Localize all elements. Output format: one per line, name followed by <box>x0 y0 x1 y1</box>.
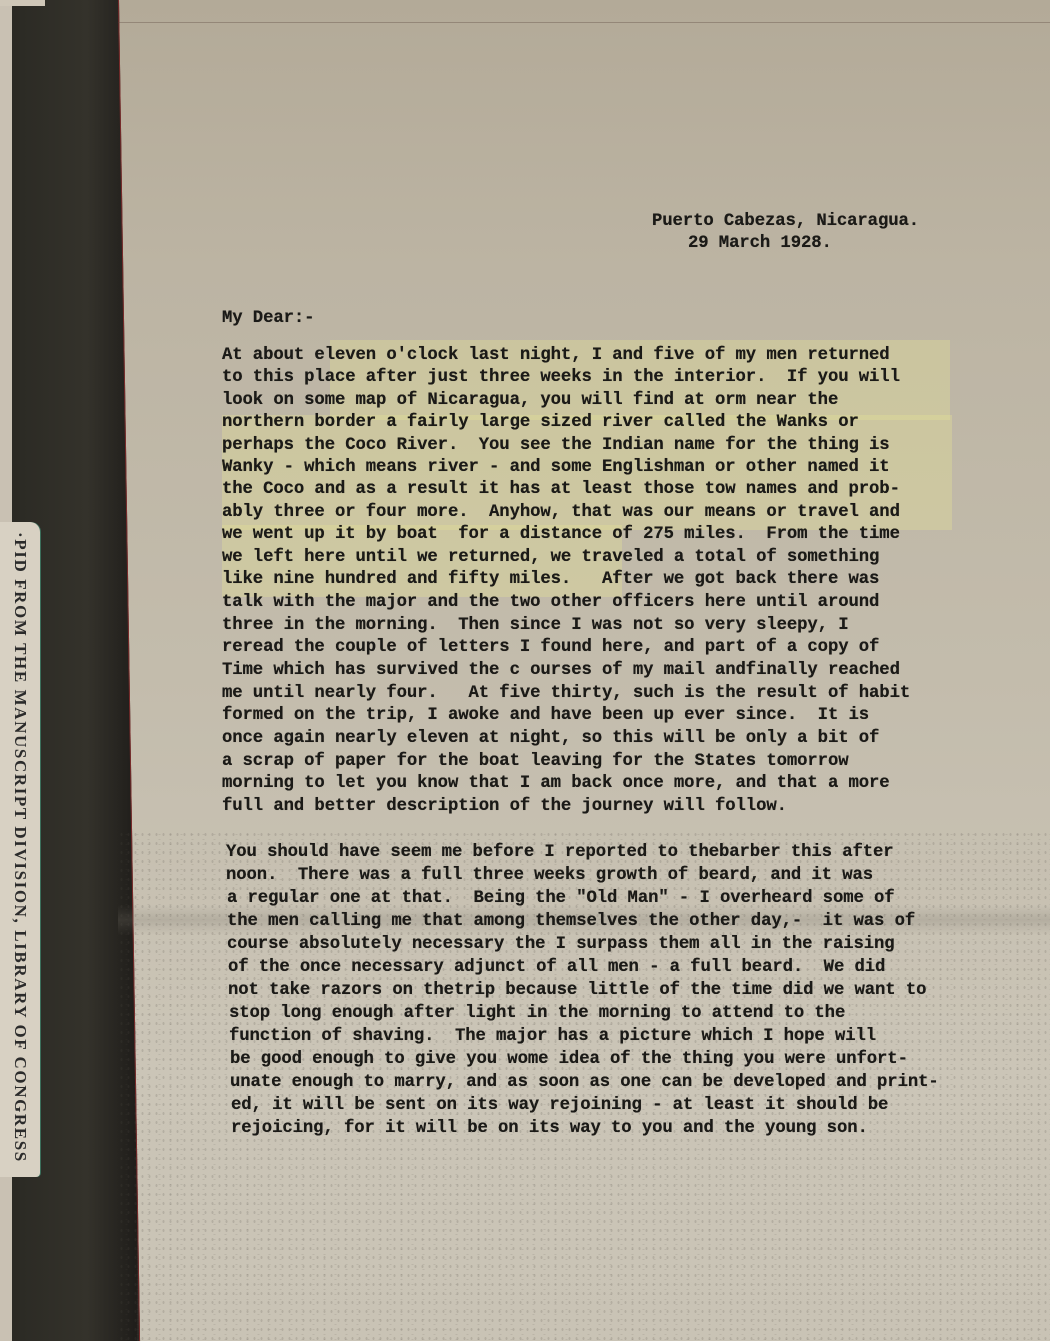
text-line: look on some map of Nicaragua, you will … <box>222 391 838 410</box>
text-line: function of shaving. The major has a pic… <box>229 1027 876 1046</box>
page-fold-line <box>118 22 1050 23</box>
text-line: we left here until we returned, we trave… <box>222 548 879 567</box>
text-line: ed, it will be sent on its way rejoining… <box>231 1096 888 1115</box>
library-stamp-text: ·PID FROM THE MANUSCRIPT DIVISION, LIBRA… <box>10 532 30 1172</box>
letter-date: 29 March 1928. <box>688 234 832 253</box>
text-line: Time which has survived the c ourses of … <box>222 661 900 680</box>
text-line: be good enough to give you wome idea of … <box>230 1050 908 1069</box>
text-line: formed on the trip, I awoke and have bee… <box>222 706 869 725</box>
text-line: to this place after just three weeks in … <box>222 368 900 387</box>
text-line: unate enough to marry, and as soon as on… <box>230 1073 939 1092</box>
text-line: morning to let you know that I am back o… <box>222 774 890 793</box>
text-line: we went up it by boat for a distance of … <box>222 525 900 544</box>
text-line: of the once necessary adjunct of all men… <box>228 958 885 977</box>
text-line: You should have seem me before I reporte… <box>226 843 894 862</box>
background-paper-strip <box>0 0 45 6</box>
text-line: once again nearly eleven at night, so th… <box>222 729 879 748</box>
text-line: like nine hundred and fifty miles. After… <box>222 570 879 589</box>
text-line: the men calling me that among themselves… <box>227 912 915 931</box>
text-line: reread the couple of letters I found her… <box>222 638 879 657</box>
letter-salutation: My Dear:- <box>222 309 314 328</box>
text-line: course absolutely necessary the I surpas… <box>227 935 895 954</box>
text-line: Wanky - which means river - and some Eng… <box>222 458 890 477</box>
text-line: northern border a fairly large sized riv… <box>222 413 859 432</box>
text-line: talk with the major and the two other of… <box>222 593 879 612</box>
text-line: ably three or four more. Anyhow, that wa… <box>222 503 900 522</box>
text-line: the Coco and as a result it has at least… <box>222 480 900 499</box>
text-line: full and better description of the journ… <box>222 797 787 816</box>
text-line: me until nearly four. At five thirty, su… <box>222 684 910 703</box>
text-line: noon. There was a full three weeks growt… <box>226 866 873 885</box>
text-line: stop long enough after light in the morn… <box>229 1004 845 1023</box>
text-line: a scrap of paper for the boat leaving fo… <box>222 752 849 771</box>
text-line: perhaps the Coco River. You see the Indi… <box>222 436 890 455</box>
text-line: not take razors on thetrip because littl… <box>228 981 926 1000</box>
letter-place: Puerto Cabezas, Nicaragua. <box>652 212 919 231</box>
text-line: At about eleven o'clock last night, I an… <box>222 346 890 365</box>
text-line: rejoicing, for it will be on its way to … <box>231 1119 868 1138</box>
text-line: a regular one at that. Being the "Old Ma… <box>227 889 895 908</box>
text-line: three in the morning. Then since I was n… <box>222 616 849 635</box>
